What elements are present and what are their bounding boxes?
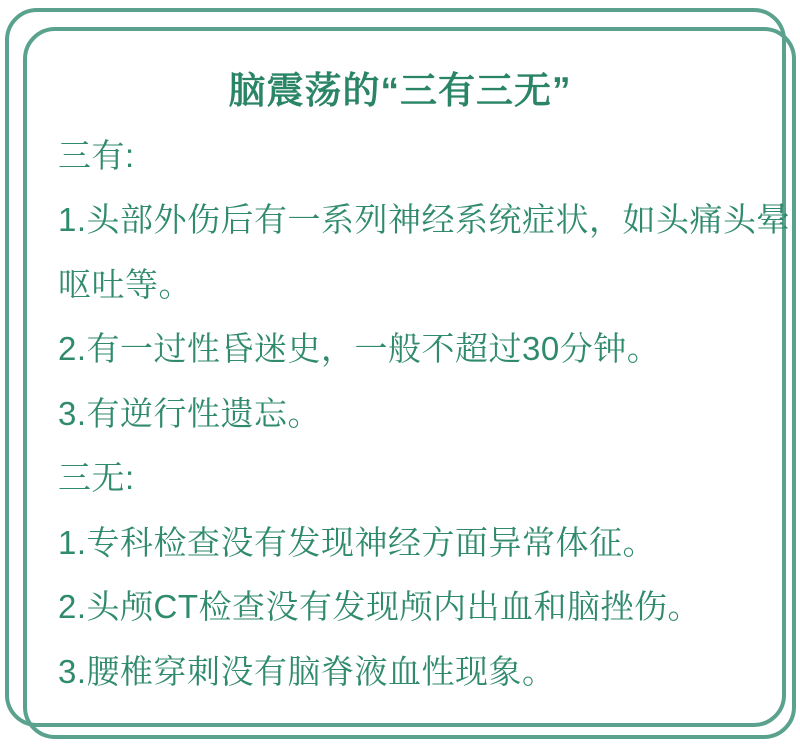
card-body: 三有: 1.头部外伤后有一系列神经系统症状，如头痛头晕 呕吐等。 2.有一过性昏… (58, 121, 778, 702)
text-line-havenot-3: 3.腰椎穿刺没有脑脊液血性现象。 (58, 637, 778, 702)
text-line-havenot-1: 1.专科检查没有发现神经方面异常体征。 (58, 508, 778, 573)
text-line-havenot-2: 2.头颅CT检查没有发现颅内出血和脑挫伤。 (58, 573, 778, 638)
text-line-have-2: 2.有一过性昏迷史，一般不超过30分钟。 (58, 315, 778, 380)
text-line-have-1-continued: 呕吐等。 (58, 250, 778, 315)
card-title: 脑震荡的“三有三无” (0, 70, 800, 112)
text-line-have-1: 1.头部外伤后有一系列神经系统症状，如头痛头晕 (58, 186, 778, 251)
section-label-three-have-nots: 三无: (58, 444, 778, 509)
infographic-card: 脑震荡的“三有三无” 三有: 1.头部外伤后有一系列神经系统症状，如头痛头晕 呕… (0, 0, 800, 746)
text-line-have-3: 3.有逆行性遗忘。 (58, 379, 778, 444)
section-label-three-haves: 三有: (58, 121, 778, 186)
